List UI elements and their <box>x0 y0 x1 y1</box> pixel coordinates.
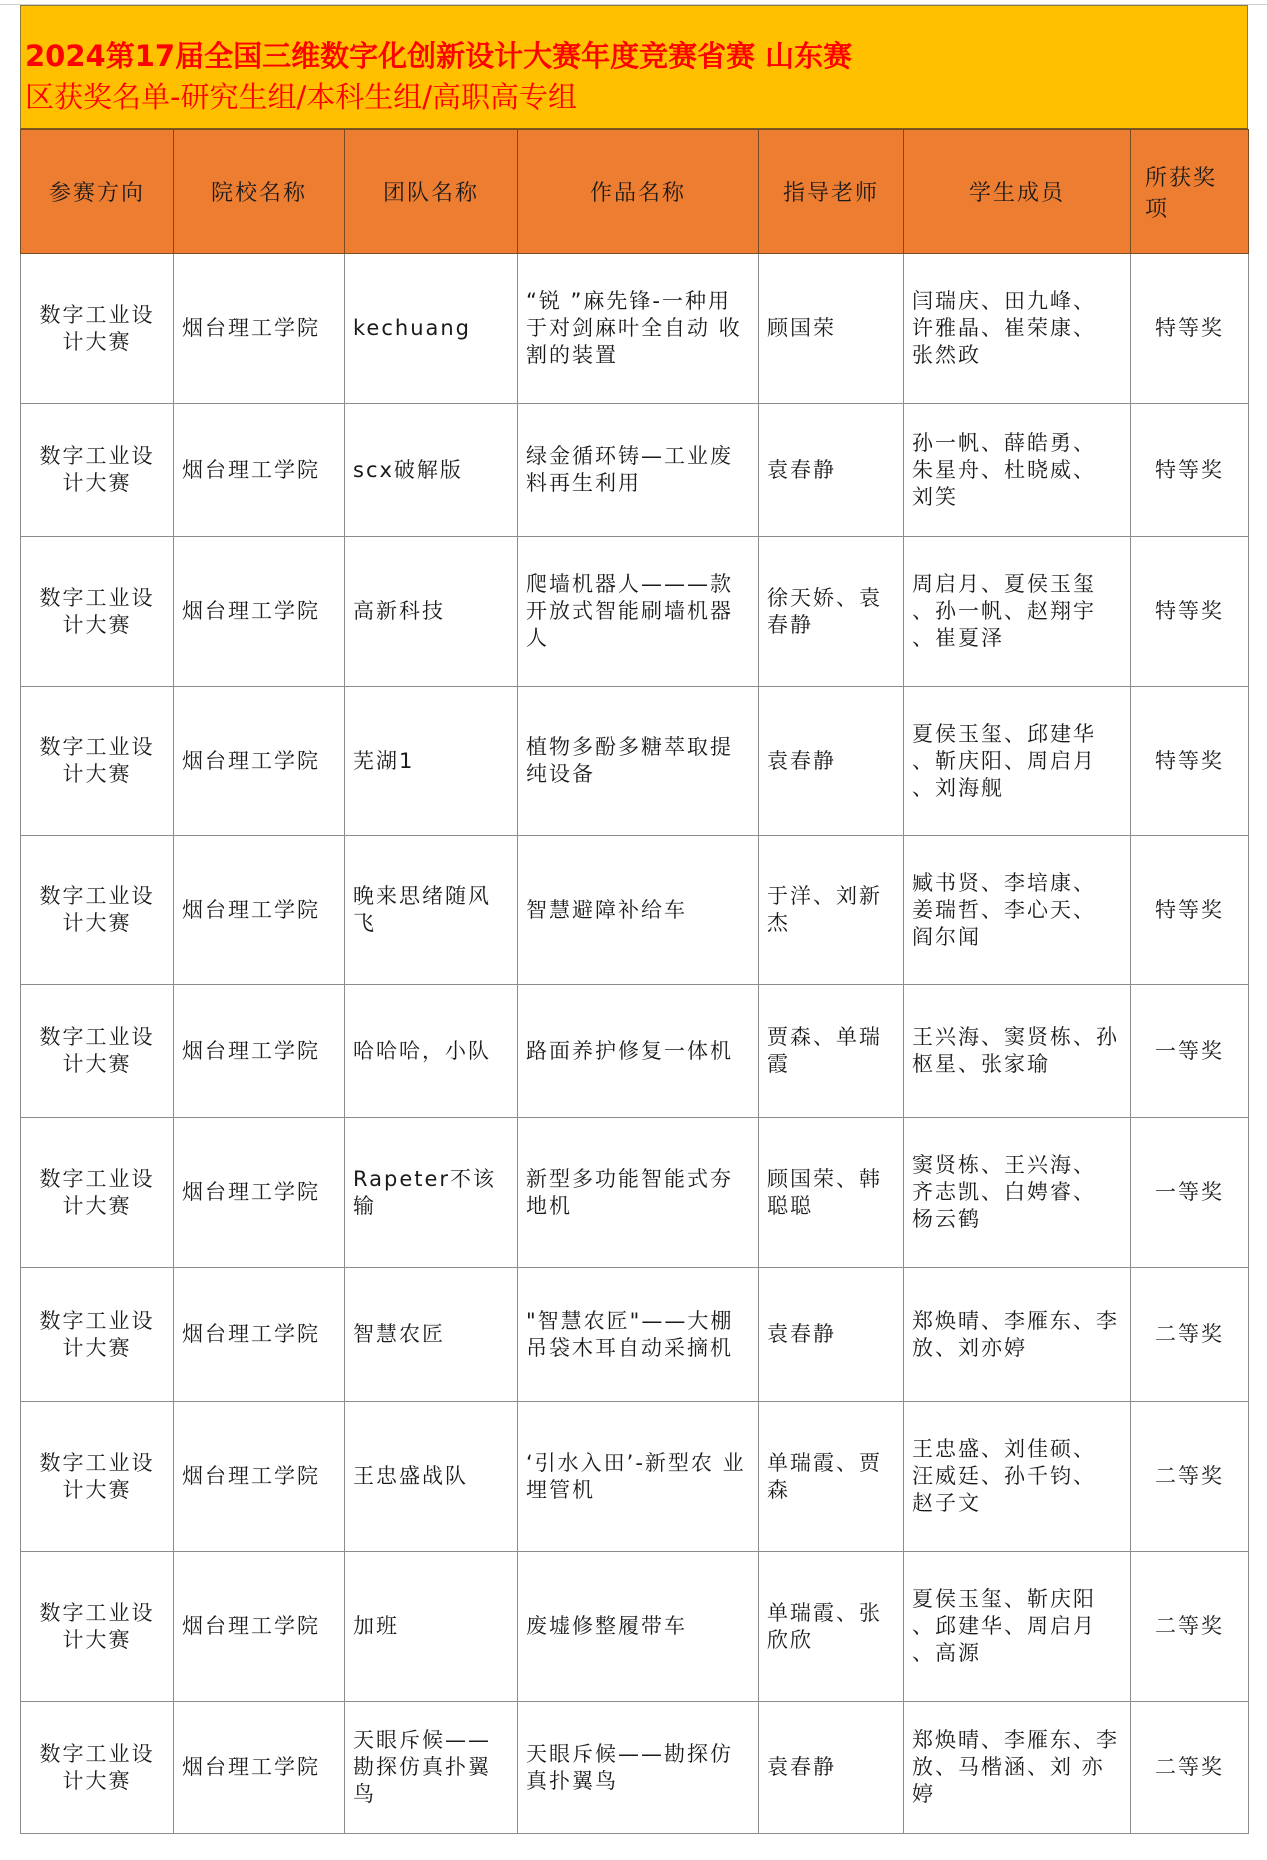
cell-direction: 数字工业设计大赛 <box>21 254 174 404</box>
cell-award: 特等奖 <box>1131 836 1249 985</box>
cell-students: 臧书贤、李培康、 姜瑞哲、李心天、 阎尔闻 <box>904 836 1131 985</box>
cell-school: 烟台理工学院 <box>174 537 345 687</box>
cell-award: 特等奖 <box>1131 404 1249 537</box>
cell-team: 芜湖1 <box>345 687 518 836</box>
cell-school: 烟台理工学院 <box>174 404 345 537</box>
cell-work: ‘引水入田’-新型农 业埋管机 <box>518 1402 759 1552</box>
cell-school: 烟台理工学院 <box>174 985 345 1118</box>
cell-school: 烟台理工学院 <box>174 1552 345 1702</box>
table-header-row: 参赛方向 院校名称 团队名称 作品名称 指导老师 学生成员 所获奖项 <box>21 130 1249 254</box>
cell-direction: 数字工业设计大赛 <box>21 404 174 537</box>
cell-work: 路面养护修复一体机 <box>518 985 759 1118</box>
cell-advisor: 顾国荣、韩 聪聪 <box>759 1118 904 1268</box>
cell-work: 爬墙机器人———款 开放式智能刷墙机器 人 <box>518 537 759 687</box>
cell-work: 智慧避障补给车 <box>518 836 759 985</box>
cell-advisor: 顾国荣 <box>759 254 904 404</box>
header-team: 团队名称 <box>345 130 518 254</box>
cell-team: Rapeter不该输 <box>345 1118 518 1268</box>
header-work: 作品名称 <box>518 130 759 254</box>
cell-direction: 数字工业设计大赛 <box>21 985 174 1118</box>
cell-school: 烟台理工学院 <box>174 1268 345 1402</box>
cell-team: 晚来思绪随风 飞 <box>345 836 518 985</box>
cell-direction: 数字工业设计大赛 <box>21 1702 174 1834</box>
cell-award: 特等奖 <box>1131 537 1249 687</box>
cell-school: 烟台理工学院 <box>174 1702 345 1834</box>
cell-direction: 数字工业设计大赛 <box>21 1118 174 1268</box>
cell-direction: 数字工业设计大赛 <box>21 1402 174 1552</box>
cell-direction: 数字工业设计大赛 <box>21 1268 174 1402</box>
cell-team: kechuang <box>345 254 518 404</box>
cell-school: 烟台理工学院 <box>174 1402 345 1552</box>
table-row: 数字工业设计大赛 烟台理工学院 Rapeter不该输 新型多功能智能式夯 地机 … <box>21 1118 1249 1268</box>
cell-award: 一等奖 <box>1131 985 1249 1118</box>
table-row: 数字工业设计大赛 烟台理工学院 晚来思绪随风 飞 智慧避障补给车 于洋、刘新 杰… <box>21 836 1249 985</box>
sheet-title: 2024第17届全国三维数字化创新设计大赛年度竞赛省赛 山东赛 区获奖名单-研究… <box>20 5 1248 129</box>
cell-students: 王忠盛、刘佳硕、 汪威廷、孙千钧、 赵子文 <box>904 1402 1131 1552</box>
cell-work: "智慧农匠"——大棚 吊袋木耳自动采摘机 <box>518 1268 759 1402</box>
cell-award: 二等奖 <box>1131 1702 1249 1834</box>
cell-direction: 数字工业设计大赛 <box>21 1552 174 1702</box>
cell-award: 二等奖 <box>1131 1402 1249 1552</box>
cell-team: scx破解版 <box>345 404 518 537</box>
cell-advisor: 徐天娇、袁 春静 <box>759 537 904 687</box>
cell-school: 烟台理工学院 <box>174 687 345 836</box>
table-row: 数字工业设计大赛 烟台理工学院 智慧农匠 "智慧农匠"——大棚 吊袋木耳自动采摘… <box>21 1268 1249 1402</box>
cell-school: 烟台理工学院 <box>174 1118 345 1268</box>
cell-team: 哈哈哈，小队 <box>345 985 518 1118</box>
table-row: 数字工业设计大赛 烟台理工学院 王忠盛战队 ‘引水入田’-新型农 业埋管机 单瑞… <box>21 1402 1249 1552</box>
award-sheet: 2024第17届全国三维数字化创新设计大赛年度竞赛省赛 山东赛 区获奖名单-研究… <box>20 5 1248 1834</box>
cell-team: 高新科技 <box>345 537 518 687</box>
cell-work: 新型多功能智能式夯 地机 <box>518 1118 759 1268</box>
table-row: 数字工业设计大赛 烟台理工学院 芜湖1 植物多酚多糖萃取提 纯设备 袁春静 夏侯… <box>21 687 1249 836</box>
cell-students: 郑焕晴、李雁东、李放、马楷涵、刘 亦婷 <box>904 1702 1131 1834</box>
cell-students: 夏侯玉玺、邱建华 、靳庆阳、周启月 、刘海舰 <box>904 687 1131 836</box>
cell-award: 特等奖 <box>1131 254 1249 404</box>
cell-school: 烟台理工学院 <box>174 254 345 404</box>
table-row: 数字工业设计大赛 烟台理工学院 天眼斥候—— 勘探仿真扑翼 鸟 天眼斥候——勘探… <box>21 1702 1249 1834</box>
cell-students: 窦贤栋、王兴海、 齐志凯、白娉睿、 杨云鹤 <box>904 1118 1131 1268</box>
title-line-2: 区获奖名单-研究生组/本科生组/高职高专组 <box>25 77 1247 118</box>
table-row: 数字工业设计大赛 烟台理工学院 加班 废墟修整履带车 单瑞霞、张 欣欣 夏侯玉玺… <box>21 1552 1249 1702</box>
cell-team: 王忠盛战队 <box>345 1402 518 1552</box>
table-row: 数字工业设计大赛 烟台理工学院 kechuang “锐 ”麻先锋-一种用于对剑麻… <box>21 254 1249 404</box>
cell-award: 特等奖 <box>1131 687 1249 836</box>
header-direction: 参赛方向 <box>21 130 174 254</box>
cell-direction: 数字工业设计大赛 <box>21 836 174 985</box>
cell-direction: 数字工业设计大赛 <box>21 537 174 687</box>
cell-advisor: 袁春静 <box>759 687 904 836</box>
cell-work: 天眼斥候——勘探仿 真扑翼鸟 <box>518 1702 759 1834</box>
cell-award: 二等奖 <box>1131 1268 1249 1402</box>
cell-advisor: 贾森、单瑞 霞 <box>759 985 904 1118</box>
cell-advisor: 袁春静 <box>759 404 904 537</box>
cell-work: 废墟修整履带车 <box>518 1552 759 1702</box>
cell-advisor: 单瑞霞、张 欣欣 <box>759 1552 904 1702</box>
cell-work: “锐 ”麻先锋-一种用于对剑麻叶全自动 收割的装置 <box>518 254 759 404</box>
cell-team: 天眼斥候—— 勘探仿真扑翼 鸟 <box>345 1702 518 1834</box>
table-row: 数字工业设计大赛 烟台理工学院 哈哈哈，小队 路面养护修复一体机 贾森、单瑞 霞… <box>21 985 1249 1118</box>
table-row: 数字工业设计大赛 烟台理工学院 scx破解版 绿金循环铸—工业废 料再生利用 袁… <box>21 404 1249 537</box>
cell-students: 郑焕晴、李雁东、李放、刘亦婷 <box>904 1268 1131 1402</box>
cell-advisor: 袁春静 <box>759 1702 904 1834</box>
cell-award: 一等奖 <box>1131 1118 1249 1268</box>
header-school: 院校名称 <box>174 130 345 254</box>
cell-school: 烟台理工学院 <box>174 836 345 985</box>
header-students: 学生成员 <box>904 130 1131 254</box>
cell-team: 加班 <box>345 1552 518 1702</box>
cell-award: 二等奖 <box>1131 1552 1249 1702</box>
cell-team: 智慧农匠 <box>345 1268 518 1402</box>
cell-advisor: 袁春静 <box>759 1268 904 1402</box>
cell-students: 孙一帆、薛皓勇、 朱星舟、杜晓威、 刘笑 <box>904 404 1131 537</box>
cell-students: 王兴海、窦贤栋、孙枢星、张家瑜 <box>904 985 1131 1118</box>
header-award: 所获奖项 <box>1131 130 1249 254</box>
cell-advisor: 于洋、刘新 杰 <box>759 836 904 985</box>
cell-students: 夏侯玉玺、靳庆阳 、邱建华、周启月 、高源 <box>904 1552 1131 1702</box>
cell-direction: 数字工业设计大赛 <box>21 687 174 836</box>
cell-students: 闫瑞庆、田九峰、 许雅晶、崔荣康、 张然政 <box>904 254 1131 404</box>
cell-students: 周启月、夏侯玉玺 、孙一帆、赵翔宇 、崔夏泽 <box>904 537 1131 687</box>
cell-advisor: 单瑞霞、贾 森 <box>759 1402 904 1552</box>
cell-work: 植物多酚多糖萃取提 纯设备 <box>518 687 759 836</box>
title-line-1: 2024第17届全国三维数字化创新设计大赛年度竞赛省赛 山东赛 <box>25 36 1247 77</box>
award-table: 参赛方向 院校名称 团队名称 作品名称 指导老师 学生成员 所获奖项 数字工业设… <box>20 129 1249 1834</box>
cell-work: 绿金循环铸—工业废 料再生利用 <box>518 404 759 537</box>
table-row: 数字工业设计大赛 烟台理工学院 高新科技 爬墙机器人———款 开放式智能刷墙机器… <box>21 537 1249 687</box>
header-advisor: 指导老师 <box>759 130 904 254</box>
